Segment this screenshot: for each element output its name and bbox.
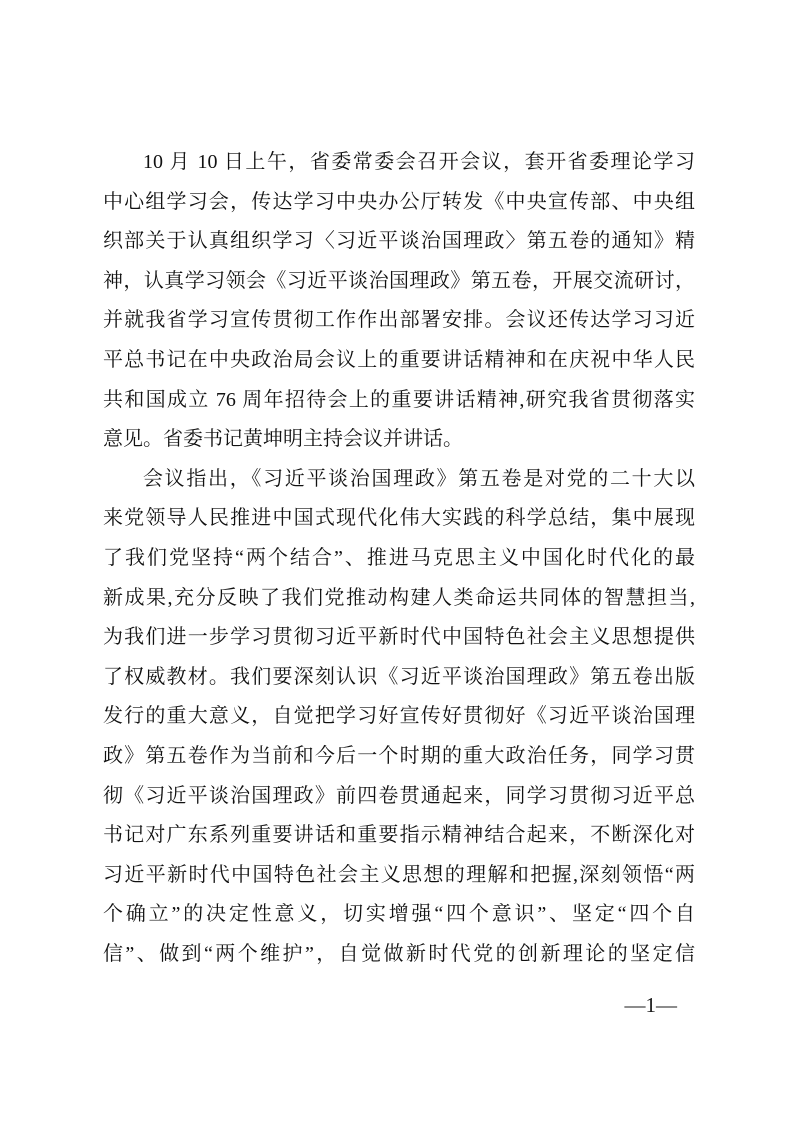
text-line: 会议指出，《习近平谈治国理政》第五卷是对党的二十大以 <box>103 460 695 500</box>
text-line: 个确立”的决定性意义，切实增强“四个意识”、坚定“四个自 <box>103 895 695 935</box>
text-line: 意见。省委书记黄坤明主持会议并讲话。 <box>103 420 695 460</box>
text-line: 平总书记在中央政治局会议上的重要讲话精神和在庆祝中华人民 <box>103 341 695 381</box>
text-line: 习近平新时代中国特色社会主义思想的理解和把握,深刻领悟“两 <box>103 856 695 896</box>
text-line: 并就我省学习宣传贯彻工作作出部署安排。会议还传达学习习近 <box>103 301 695 341</box>
text-line: 书记对广东系列重要讲话和重要指示精神结合起来，不断深化对 <box>103 816 695 856</box>
text-line: 为我们进一步学习贯彻习近平新时代中国特色社会主义思想提供 <box>103 618 695 658</box>
text-line: 神，认真学习领会《习近平谈治国理政》第五卷，开展交流研讨， <box>103 262 695 302</box>
text-line: 政》第五卷作为当前和今后一个时期的重大政治任务，同学习贯 <box>103 737 695 777</box>
text-line: 中心组学习会，传达学习中央办公厅转发《中央宣传部、中央组 <box>103 183 695 223</box>
text-line: 来党领导人民推进中国式现代化伟大实践的科学总结，集中展现 <box>103 499 695 539</box>
text-line: 发行的重大意义，自觉把学习好宣传好贯彻好《习近平谈治国理 <box>103 697 695 737</box>
text-line: 共和国成立 76 周年招待会上的重要讲话精神,研究我省贯彻落实 <box>103 381 695 421</box>
text-line: 10 月 10 日上午，省委常委会召开会议，套开省委理论学习 <box>103 143 695 183</box>
text-line: 织部关于认真组织学习〈习近平谈治国理政〉第五卷的通知》精 <box>103 222 695 262</box>
page-number: —1— <box>494 991 694 1019</box>
document-page: 10 月 10 日上午，省委常委会召开会议，套开省委理论学习 中心组学习会，传达… <box>0 0 793 1122</box>
text-line: 新成果,充分反映了我们党推动构建人类命运共同体的智慧担当, <box>103 579 695 619</box>
text-line: 彻《习近平谈治国理政》前四卷贯通起来，同学习贯彻习近平总 <box>103 777 695 817</box>
text-line: 信”、做到“两个维护”，自觉做新时代党的创新理论的坚定信 <box>103 935 695 975</box>
text-line: 了权威教材。我们要深刻认识《习近平谈治国理政》第五卷出版 <box>103 658 695 698</box>
text-line: 了我们党坚持“两个结合”、推进马克思主义中国化时代化的最 <box>103 539 695 579</box>
document-body: 10 月 10 日上午，省委常委会召开会议，套开省委理论学习 中心组学习会，传达… <box>103 143 695 974</box>
